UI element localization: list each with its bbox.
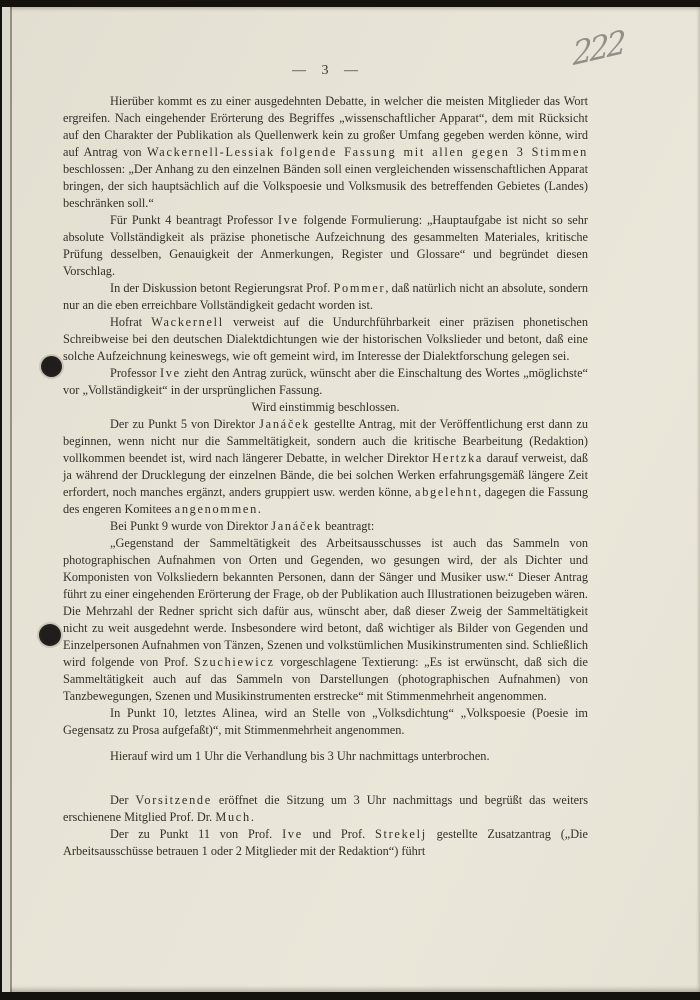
text-run: . [251,810,254,824]
emphasized-name: Hertzka [432,451,483,465]
text-run: „Gegenstand der Sammeltätigkeit des Arbe… [63,536,588,669]
paragraph: Der Vorsitzende eröffnet die Sitzung um … [63,792,588,826]
emphasized-name: Janáček [259,417,310,431]
emphasized-name: angenommen [175,502,258,516]
document-text: Hierüber kommt es zu einer ausgedehnten … [63,93,588,860]
emphasized-name: folgende Fassung mit allen gegen 3 Stimm… [280,145,588,159]
text-run: und Prof. [303,827,375,841]
text-run: beschlossen: „Der Anhang zu den einzelne… [63,162,588,210]
paragraph: Für Punkt 4 beantragt Professor Ive folg… [63,212,588,280]
text-run: Der [110,793,135,807]
paragraph: Bei Punkt 9 wurde von Direktor Janáček b… [63,518,588,535]
text-run: In Punkt 10, letztes Alinea, wird an Ste… [63,706,588,737]
scanned-page: 222 — 3 — Hierüber kommt es zu einer aus… [0,0,700,1000]
emphasized-name: Ive [160,366,181,380]
text-run: Wird einstimmig beschlossen. [251,400,399,414]
text-run: In der Diskussion betont Regierungsrat P… [110,281,333,295]
emphasized-name: Ive [278,213,299,227]
emphasized-name: Szuchiewicz [194,655,275,669]
paragraph: Der zu Punkt 5 von Direktor Janáček gest… [63,416,588,518]
paragraph: Hierüber kommt es zu einer ausgedehnten … [63,93,588,212]
paragraph: Hierauf wird um 1 Uhr die Verhandlung bi… [63,748,588,765]
paragraph: Der zu Punkt 11 von Prof. Ive und Prof. … [63,826,588,860]
text-run: Bei Punkt 9 wurde von Direktor [110,519,271,533]
emphasized-name: Wackernell-Lessiak [147,145,275,159]
emphasized-name: Ive [282,827,303,841]
page-crease-line [10,7,12,992]
emphasized-name: Much [215,810,251,824]
page-left-edge [2,7,10,992]
emphasized-name: Janáček [271,519,322,533]
text-run: . [258,502,261,516]
paragraph: In Punkt 10, letztes Alinea, wird an Ste… [63,705,588,739]
hole-punch-top [41,356,62,377]
text-run: Der zu Punkt 11 von Prof. [110,827,282,841]
hole-punch-bottom [39,624,61,646]
paper-sheet: 222 — 3 — Hierüber kommt es zu einer aus… [2,7,700,992]
text-run: Der zu Punkt 5 von Direktor [110,417,259,431]
emphasized-name: Vorsitzende [135,793,212,807]
text-run: Professor [110,366,160,380]
text-run: Hofrat [110,315,151,329]
paragraph: Hofrat Wackernell verweist auf die Undur… [63,314,588,365]
paragraph: Professor Ive zieht den Antrag zurück, w… [63,365,588,399]
paragraph: „Gegenstand der Sammeltätigkeit des Arbe… [63,535,588,705]
paragraph: In der Diskussion betont Regierungsrat P… [63,280,588,314]
emphasized-name: abgelehnt [415,485,478,499]
paragraph: Wird einstimmig beschlossen. [63,399,588,416]
text-run: Hierauf wird um 1 Uhr die Verhandlung bi… [110,749,490,763]
emphasized-name: Pommer [333,281,385,295]
page-number: — 3 — [63,63,588,79]
text-run: beantragt: [322,519,374,533]
text-run: Für Punkt 4 beantragt Professor [110,213,278,227]
emphasized-name: Strekelj [375,827,427,841]
emphasized-name: Wackernell [151,315,224,329]
